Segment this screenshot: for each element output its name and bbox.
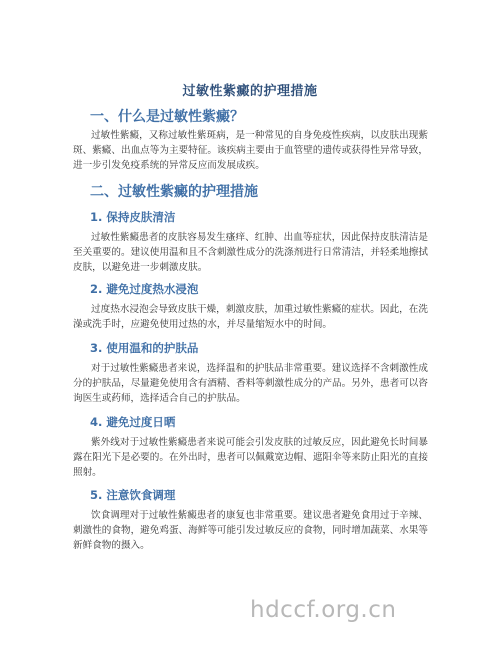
document-page: 过敏性紫癜的护理措施 一、什么是过敏性紫癜？ 过敏性紫癜，又称过敏性紫斑病，是一… xyxy=(0,0,500,647)
document-title: 过敏性紫癜的护理措施 xyxy=(0,80,500,99)
item-heading-2: 2. 避免过度热水浸泡 xyxy=(90,281,198,297)
item-paragraph-1: 过敏性紫癜患者的皮肤容易发生瘙痒、红肿、出血等症状，因此保持皮肤清洁是至关重要的… xyxy=(73,230,428,275)
item-heading-4: 4. 避免过度日晒 xyxy=(90,414,175,430)
section-paragraph-what-is: 过敏性紫癜，又称过敏性紫斑病，是一种常见的自身免疫性疾病，以皮肤出现紫斑、紫癜、… xyxy=(73,128,428,173)
item-paragraph-2: 过度热水浸泡会导致皮肤干燥，刺激皮肤，加重过敏性紫癜的症状。因此，在洗澡或洗手时… xyxy=(73,302,428,332)
item-paragraph-3: 对于过敏性紫癜患者来说，选择温和的护肤品非常重要。建议选择不含刺激性成分的护肤品… xyxy=(73,361,428,406)
item-paragraph-4: 紫外线对于过敏性紫癜患者来说可能会引发皮肤的过敏反应，因此避免长时间暴露在阳光下… xyxy=(73,435,428,480)
watermark-text: hdccf.org.cn xyxy=(250,597,396,623)
section-heading-what-is: 一、什么是过敏性紫癜？ xyxy=(90,106,244,126)
item-heading-3: 3. 使用温和的护肤品 xyxy=(90,340,198,356)
item-paragraph-5: 饮食调理对于过敏性紫癜患者的康复也非常重要。建议患者避免食用过于辛辣、刺激性的食… xyxy=(73,508,428,553)
item-heading-5: 5. 注意饮食调理 xyxy=(90,487,175,503)
section-heading-care-measures: 二、过敏性紫癜的护理措施 xyxy=(90,181,258,201)
item-heading-1: 1. 保持皮肤清洁 xyxy=(90,209,175,225)
